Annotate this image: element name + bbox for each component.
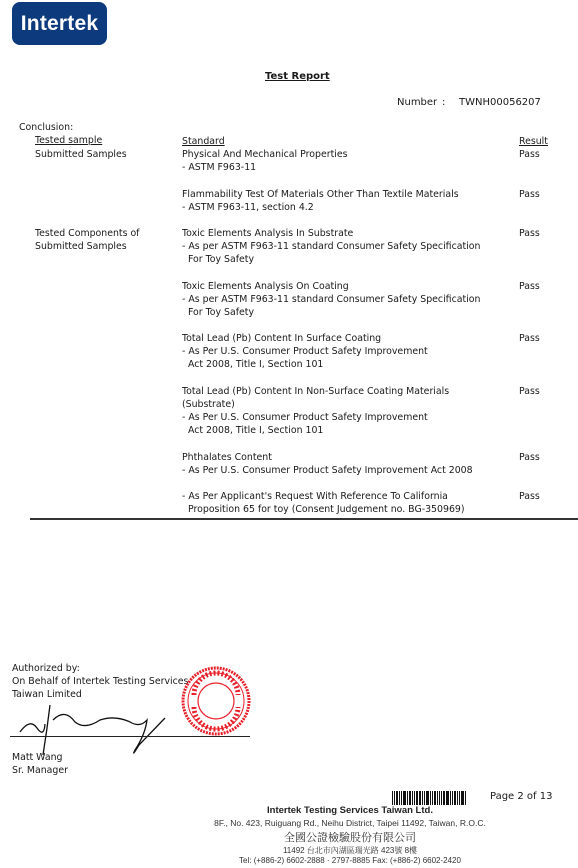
header-standard: Standard [182,135,225,148]
standard-line: Total Lead (Pb) Content In Non-Surface C… [182,385,449,398]
standard-line: - As Per U.S. Consumer Product Safety Im… [182,345,428,358]
result-value: Pass [519,385,540,398]
result-value: Pass [519,148,540,161]
company-seal-stamp [180,665,252,737]
page-title: Test Report [265,71,330,82]
footer-company: Intertek Testing Services Taiwan Ltd. [140,805,560,816]
result-value: Pass [519,332,540,345]
standard-line: Phthalates Content [182,451,272,464]
sample-group-submitted: Submitted Samples [35,148,127,161]
authorized-by-label: Authorized by: [12,662,80,675]
result-value: Pass [519,227,540,240]
header-result: Result [519,135,548,148]
standard-line: - As Per Applicant's Request With Refere… [182,490,448,503]
result-value: Pass [519,188,540,201]
result-value: Pass [519,280,540,293]
standard-line: - ASTM F963-11, section 4.2 [182,201,314,214]
report-number-colon: : [442,97,445,108]
footer-address-zh: 11492 台北市內湖區瑞光路 423號 8樓 [140,845,560,856]
signatory-name: Matt Wang [12,751,62,764]
conclusion-label: Conclusion: [19,121,73,134]
standard-line: Flammability Test Of Materials Other Tha… [182,188,459,201]
footer-company-zh: 全國公證檢驗股份有限公司 [140,829,560,845]
barcode [392,791,482,805]
standard-line: Toxic Elements Analysis On Coating [182,280,349,293]
standard-line: Act 2008, Title I, Section 101 [182,424,323,437]
footer-contact: Tel: (+886-2) 6602-2888 · 2797-8885 Fax:… [140,856,560,865]
footer-address: 8F., No. 423, Ruiguang Rd., Neihu Distri… [140,818,560,828]
standard-line: For Toy Safety [182,306,254,319]
standard-line: - ASTM F963-11 [182,161,256,174]
table-bottom-rule [30,518,578,520]
standard-line: (Substrate) [182,398,235,411]
standard-line: Act 2008, Title I, Section 101 [182,358,323,371]
page-indicator: Page 2 of 13 [490,791,552,802]
on-behalf-text: On Behalf of Intertek Testing Services [12,675,188,688]
standard-line: - As Per U.S. Consumer Product Safety Im… [182,464,473,477]
result-value: Pass [519,490,540,503]
sample-group-components-line2: Submitted Samples [35,240,127,253]
report-number-value: TWNH00056207 [459,97,541,108]
standard-line: Physical And Mechanical Properties [182,148,348,161]
sample-group-components-line1: Tested Components of [35,227,140,240]
report-number-label: Number [397,97,437,108]
standard-line: - As per ASTM F963-11 standard Consumer … [182,293,480,306]
standard-line: Toxic Elements Analysis In Substrate [182,227,353,240]
standard-line: - As per ASTM F963-11 standard Consumer … [182,240,480,253]
intertek-logo: Intertek [12,2,107,45]
result-value: Pass [519,451,540,464]
header-tested-sample: Tested sample [35,134,102,147]
signatory-position: Sr. Manager [12,764,68,777]
standard-line: For Toy Safety [182,253,254,266]
standard-line: - As Per U.S. Consumer Product Safety Im… [182,411,428,424]
standard-line: Total Lead (Pb) Content In Surface Coati… [182,332,381,345]
standard-line: Proposition 65 for toy (Consent Judgemen… [182,503,465,516]
